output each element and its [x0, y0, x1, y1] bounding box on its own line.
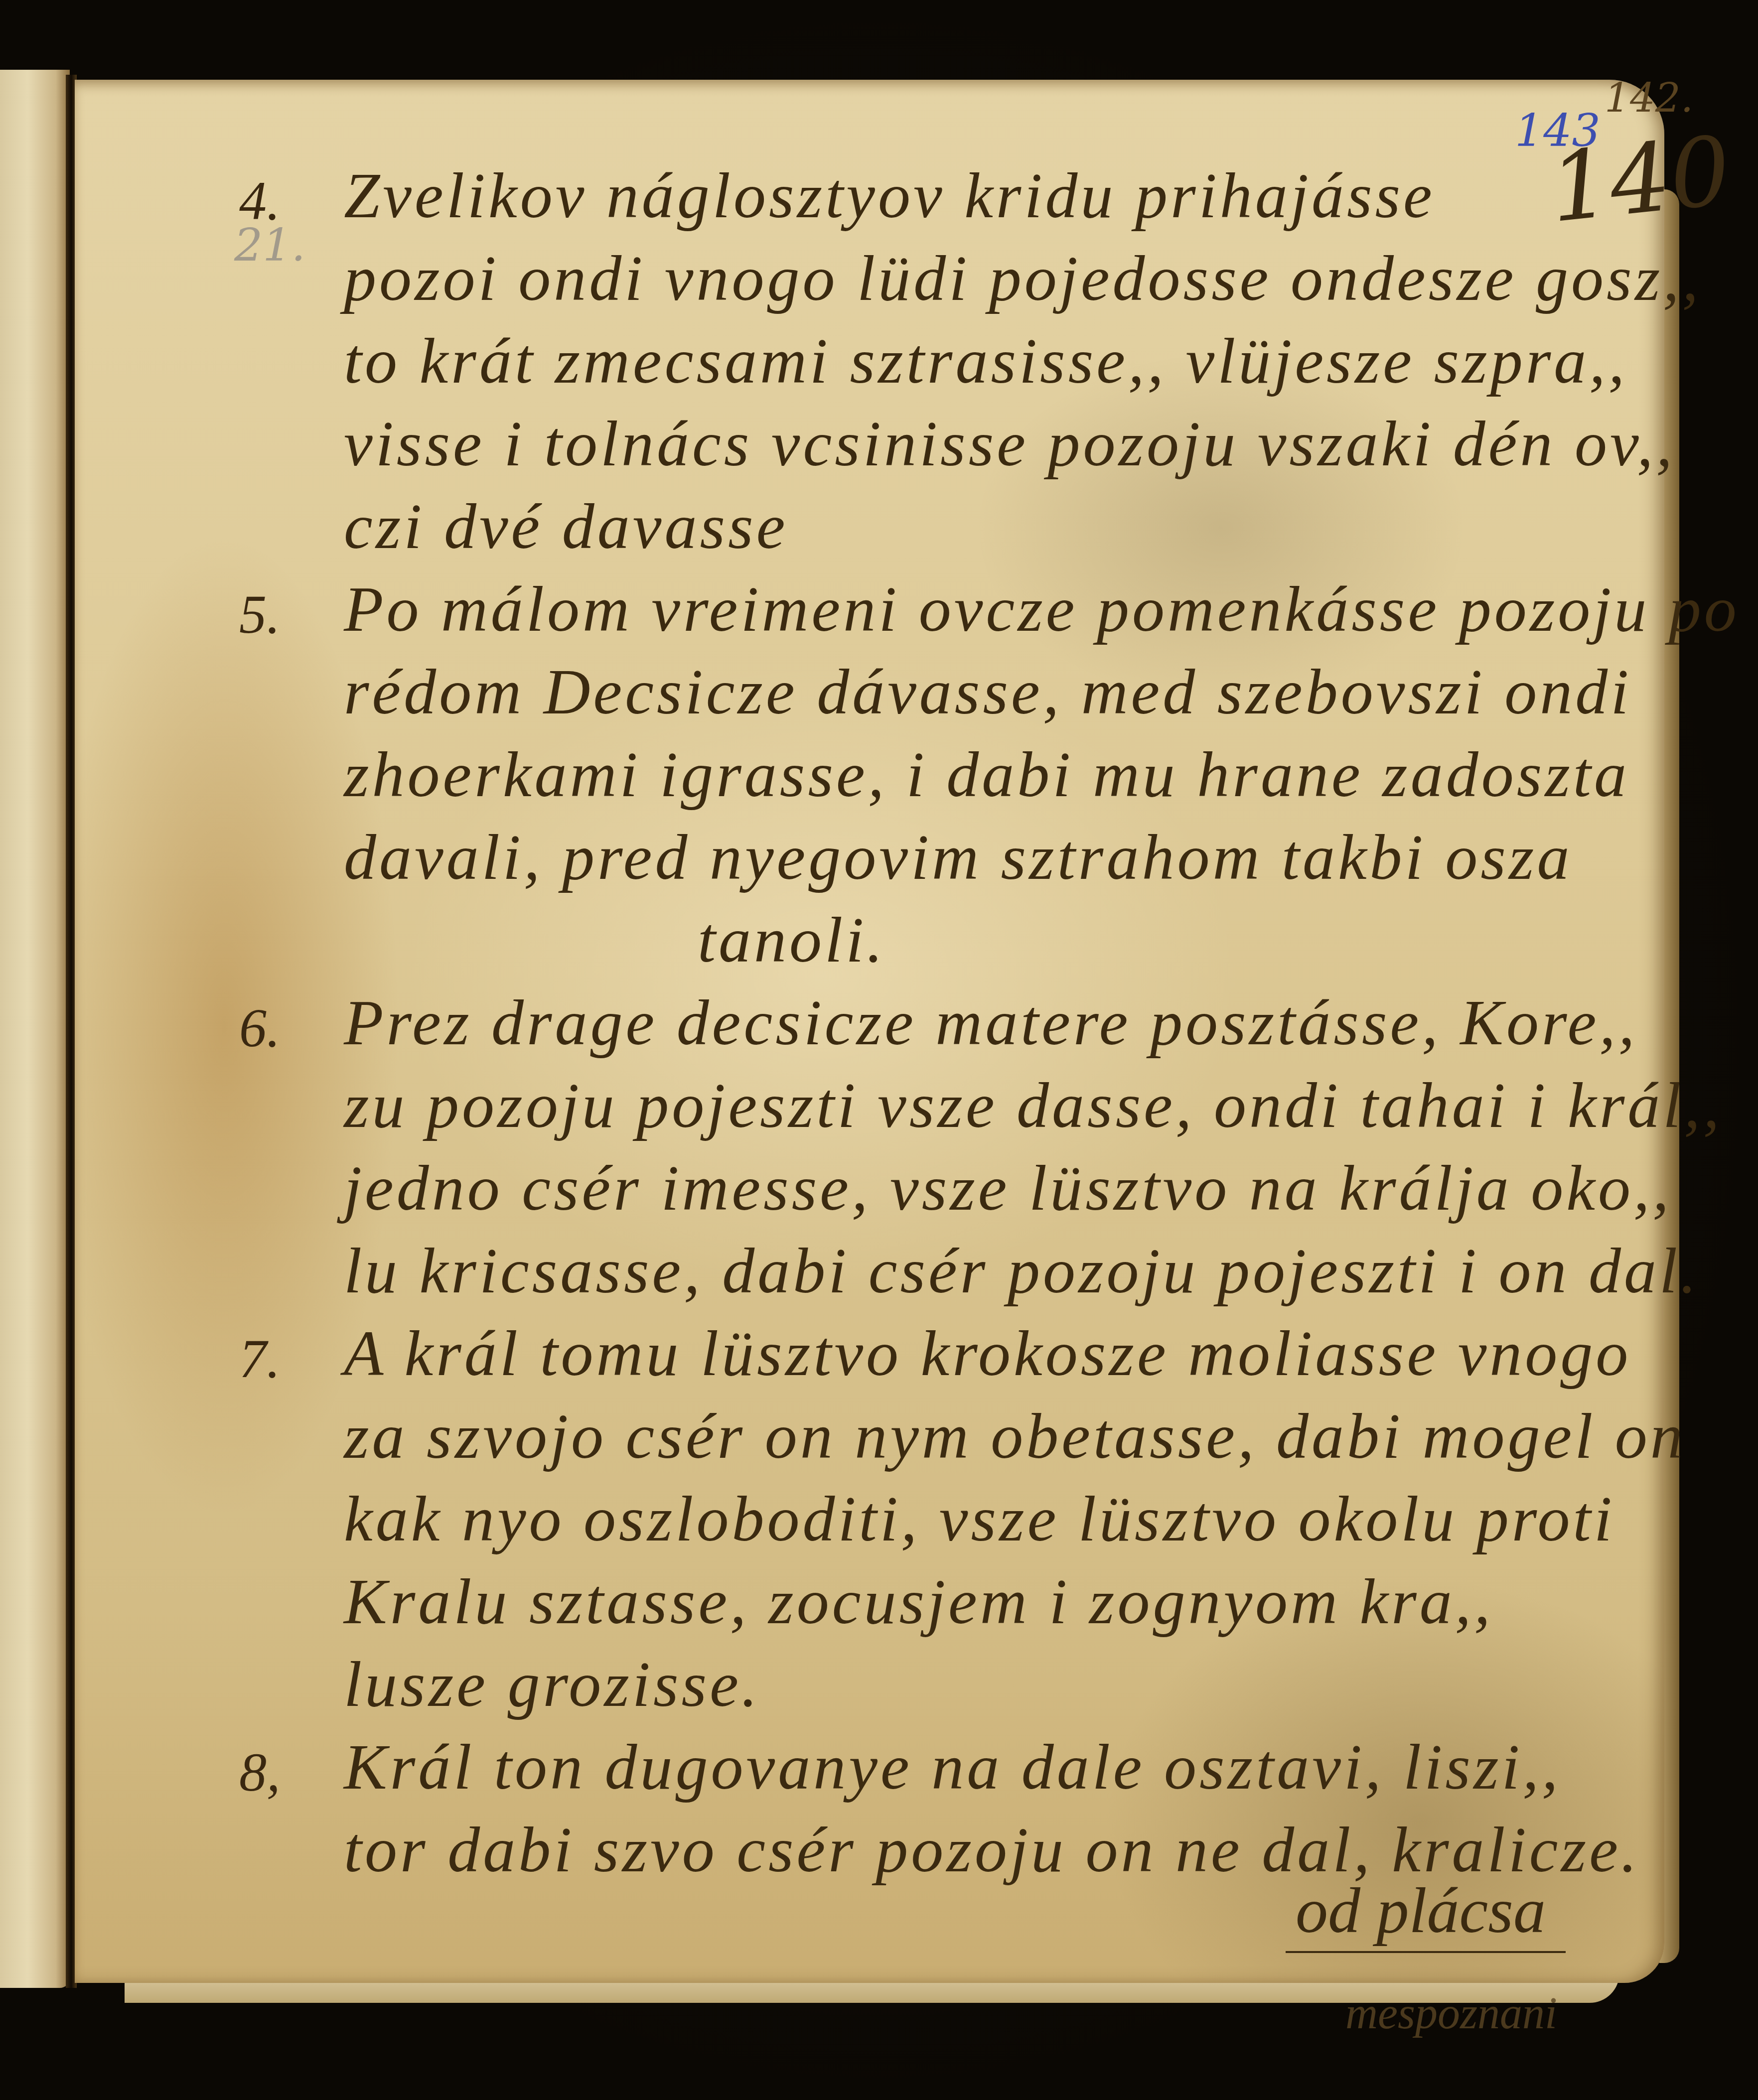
text-line: Po málom vreimeni ovcze pomenkásse pozoj…	[249, 568, 1669, 651]
manuscript-text: 4. Zvelikov náglosztyov kridu prihajásse…	[249, 125, 1669, 1891]
text-line: zhoerkami igrasse, i dabi mu hrane zados…	[249, 733, 1669, 816]
text-line: tanoli.	[249, 899, 1669, 981]
text-line: czi dvé davasse	[249, 485, 1669, 568]
paragraph-number: 8,	[239, 1741, 281, 1804]
next-leaf-text-fragment: mespoznani	[1345, 1988, 1557, 2039]
catchword: od plácsa	[1286, 1873, 1566, 1953]
text-line: za szvojo csér on nym obetasse, dabi mog…	[249, 1395, 1669, 1478]
text-line: Prez drage decsicze matere posztásse, Ko…	[249, 981, 1669, 1064]
text-line: visse i tolnács vcsinisse pozoju vszaki …	[249, 403, 1669, 485]
text-line: kak nyo oszloboditi, vsze lüsztvo okolu …	[249, 1478, 1669, 1560]
text-line: Král ton dugovanye na dale osztavi, lisz…	[249, 1726, 1669, 1809]
text-line: lu kricsasse, dabi csér pozoju pojeszti …	[249, 1230, 1669, 1312]
paragraph-6: 6. Prez drage decsicze matere posztásse,…	[249, 981, 1669, 1312]
text-line: zu pozoju pojeszti vsze dasse, ondi taha…	[249, 1064, 1669, 1147]
text-line: Kralu sztasse, zocusjem i zognyom kra,,	[249, 1560, 1669, 1643]
paragraph-5: 5. Po málom vreimeni ovcze pomenkásse po…	[249, 568, 1669, 981]
paragraph-8: 8, Král ton dugovanye na dale osztavi, l…	[249, 1726, 1669, 1891]
paragraph-4: 4. Zvelikov náglosztyov kridu prihajásse…	[249, 154, 1669, 568]
paragraph-7: 7. A král tomu lüsztvo krokosze moliasse…	[249, 1312, 1669, 1726]
paragraph-number: 7.	[239, 1327, 281, 1391]
text-line: Zvelikov náglosztyov kridu prihajásse	[249, 154, 1669, 237]
paragraph-number: 4.	[239, 169, 281, 233]
manuscript-photo: 142. 143 140 21. 4. Zvelikov náglosztyov…	[0, 0, 1758, 2100]
paragraph-number: 6.	[239, 996, 281, 1060]
paragraph-number: 5.	[239, 583, 281, 646]
folio-number-old: 142.	[1605, 75, 1693, 121]
text-line: rédom Decsicze dávasse, med szebovszi on…	[249, 651, 1669, 733]
text-line: jedno csér imesse, vsze lüsztvo na králj…	[249, 1147, 1669, 1230]
text-line: A král tomu lüsztvo krokosze moliasse vn…	[249, 1312, 1669, 1395]
text-line: lusze grozisse.	[249, 1643, 1669, 1726]
text-line: pozoi ondi vnogo lüdi pojedosse ondesze …	[249, 237, 1669, 320]
previous-leaf-edge	[0, 70, 70, 1988]
text-line: to krát zmecsami sztrasisse,, vlüjesze s…	[249, 320, 1669, 403]
text-line: davali, pred nyegovim sztrahom takbi osz…	[249, 816, 1669, 899]
